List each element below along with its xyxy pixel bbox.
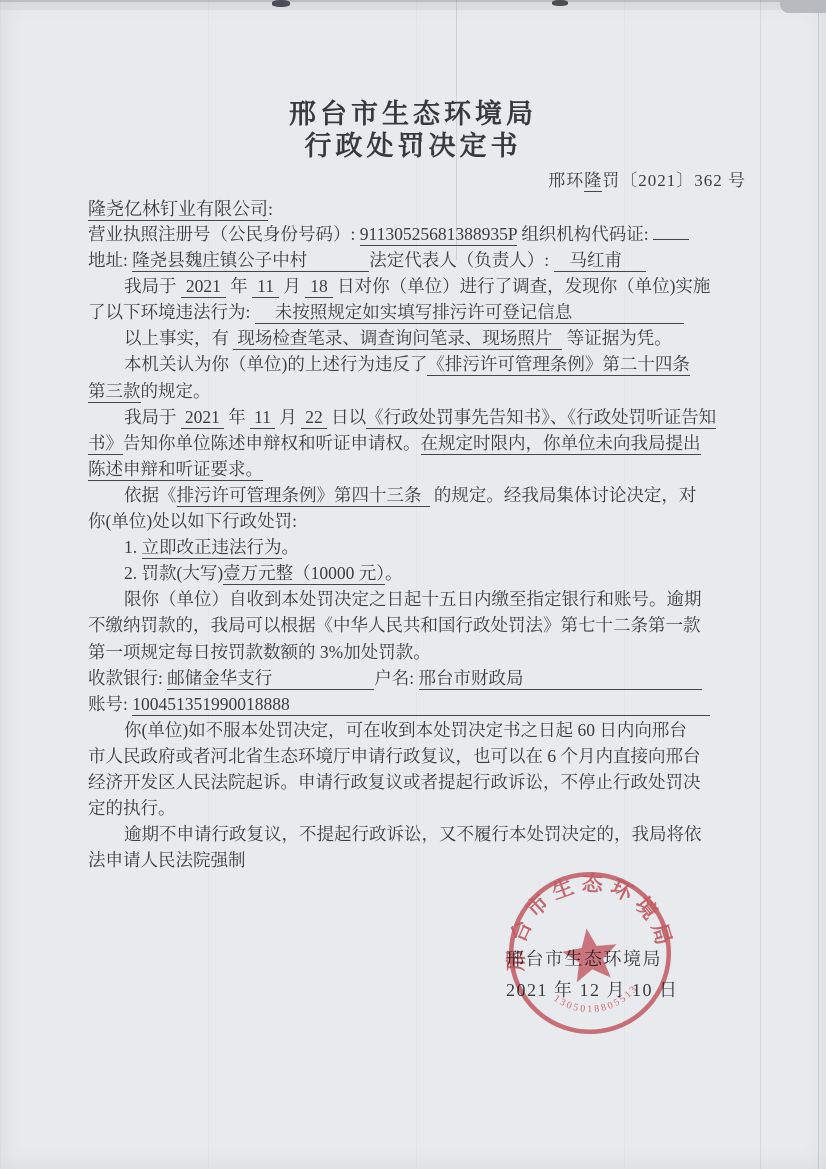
document-type-title: 行政处罚决定书	[0, 130, 826, 162]
filled-blank-text: 18	[305, 276, 333, 298]
body-line: 不缴纳罚款的，我局可以根据《中华人民共和国行政处罚法》第七十二条第一款	[88, 612, 764, 638]
text-segment: 市人民政府或者河北省生态环境厅申请行政复议，也可以在 6 个月内直接向邢台	[88, 746, 701, 766]
text-segment: 以上事实，有	[124, 328, 233, 348]
filled-blank-text: 2021	[181, 276, 226, 298]
text-segment: 第一项规定每日按罚款数额的 3%加处罚款。	[88, 642, 431, 662]
body-line: 法申请人民法院强制	[88, 847, 764, 873]
filled-blank-text	[653, 223, 689, 240]
signature-date: 2021 年 12 月 10 日	[506, 975, 679, 1006]
text-segment: 户名:	[374, 668, 418, 688]
filled-blank-text: 11	[252, 276, 279, 298]
text-segment: 限你（单位）自收到本处罚决定之日起十五日内缴至指定银行和账号。逾期	[124, 589, 702, 609]
signature-issuer: 邢台市生态环境局	[506, 944, 679, 975]
filled-blank-text: 《排污许可管理条例》第二十四条	[427, 354, 690, 376]
filled-blank-text: 隆尧亿林钉业有限公司	[88, 199, 268, 221]
text-segment: :	[268, 199, 273, 219]
text-segment: 月	[279, 276, 305, 296]
text-segment: 我局于	[124, 407, 181, 427]
text-segment: 日对你（单位）进行了调查，发现你（单位)实施	[333, 276, 711, 296]
body-line: 第三款的规定。	[88, 378, 764, 404]
text-segment: 等证据为凭。	[562, 328, 671, 348]
text-segment: 经济开发区人民法院起诉。申请行政复议或者提起行政诉讼，不停止行政处罚决	[88, 772, 701, 792]
body-line: 了以下环境违法行为: 未按照规定如实填写排污许可登记信息	[88, 299, 764, 325]
filled-blank-text: 《行政处罚事先告知书》、《行政处罚听证告知	[366, 407, 716, 429]
filled-blank-text: 壹万元整（10000 元）	[223, 563, 385, 585]
scan-corner-shadow	[780, 0, 826, 13]
text-segment: 收款银行:	[88, 668, 167, 688]
text-segment: 的规定。	[141, 381, 211, 401]
body-line: 依据《排污许可管理条例》第四十三条 的规定。经我局集体讨论决定，对	[88, 482, 764, 508]
filled-blank-text: 排污许可管理条例》第四十三条	[177, 485, 430, 507]
body-line: 你(单位)如不服本处罚决定，可在收到本处罚决定书之日起 60 日内向邢台	[88, 717, 764, 743]
body-line: 账号: 100451351990018888	[88, 691, 764, 717]
body-line: 书》告知你单位陈述申辩权和听证申请权。在规定时限内，你单位未向我局提出	[88, 430, 764, 456]
body-line: 经济开发区人民法院起诉。申请行政复议或者提起行政诉讼，不停止行政处罚决	[88, 769, 764, 795]
text-segment: 定的执行。	[88, 798, 176, 818]
text-segment: 我局于	[124, 276, 181, 296]
body-line: 我局于 2021 年 11 月 22 日以《行政处罚事先告知书》、《行政处罚听证…	[88, 404, 764, 430]
text-segment: 你(单位)如不服本处罚决定，可在收到本处罚决定书之日起 60 日内向邢台	[124, 720, 687, 740]
addressee-company: 隆尧亿林钉业有限公司:	[88, 195, 273, 221]
body-line: 收款银行: 邮储金华支行户名: 邢台市财政局	[88, 665, 764, 691]
body-line: 定的执行。	[88, 795, 764, 821]
filled-blank-text: 隆尧县魏庄镇公子中村	[132, 250, 369, 272]
filled-blank-text: 未按照规定如实填写排污许可登记信息	[255, 302, 685, 324]
text-segment: 年	[226, 276, 252, 296]
text-segment: 年	[224, 407, 250, 427]
filled-blank-text: 在规定时限内，你单位未向我局提出	[421, 433, 701, 455]
scan-artifact	[552, 0, 568, 6]
body-line: 本机关认为你（单位)的上述行为违反了《排污许可管理条例》第二十四条	[88, 351, 764, 377]
text-segment: 法申请人民法院强制	[88, 850, 246, 870]
filled-blank-text: 书》	[88, 433, 123, 455]
body-line: 2. 罚款(大写)壹万元整（10000 元）。	[88, 560, 764, 586]
body-line: 你(单位)处以如下行政处罚:	[88, 508, 764, 534]
filled-blank-text: 91130525681388935P	[360, 224, 517, 246]
filled-blank-text: 第三款	[88, 381, 141, 403]
text-segment: 营业执照注册号（公民身份号码）:	[88, 224, 360, 244]
filled-blank-text: 2021	[181, 407, 224, 429]
paper-edge-line	[818, 0, 819, 1169]
text-segment: 账号:	[88, 694, 132, 714]
filled-blank-text: 邮储金华支行	[167, 668, 374, 690]
text-segment: 你(单位)处以如下行政处罚:	[88, 511, 297, 531]
text-segment: 本机关认为你（单位)的上述行为违反了	[124, 354, 427, 374]
text-segment: 罚〔2021〕362 号	[602, 171, 746, 190]
text-segment: 组织机构代码证:	[517, 224, 653, 244]
body-line: 我局于 2021 年 11 月 18 日对你（单位）进行了调查，发现你（单位)实…	[88, 273, 764, 299]
scanned-document-page: 邢台市生态环境局 行政处罚决定书 邢环隆罚〔2021〕362 号 隆尧亿林钉业有…	[0, 0, 826, 1169]
filled-blank-text: 邢台市财政局	[419, 668, 702, 690]
body-line: 1. 立即改正违法行为。	[88, 534, 764, 560]
body-line: 市人民政府或者河北省生态环境厅申请行政复议，也可以在 6 个月内直接向邢台	[88, 743, 764, 769]
text-segment: 。	[282, 537, 300, 557]
scan-artifact	[272, 0, 290, 7]
text-segment: 依据《	[124, 485, 177, 505]
body-line: 限你（单位）自收到本处罚决定之日起十五日内缴至指定银行和账号。逾期	[88, 586, 764, 612]
text-segment: 2. 罚款(大写)	[124, 563, 223, 583]
text-segment: 告知你单位陈述申辩权和听证申请权。	[123, 433, 421, 453]
text-segment: 邢环	[548, 171, 584, 190]
text-segment: 逾期不申请行政复议，不提起行政诉讼，又不履行本处罚决定的，我局将依	[124, 824, 702, 844]
filled-blank-text: 100451351990018888	[132, 694, 710, 716]
body-line: 逾期不申请行政复议，不提起行政诉讼，又不履行本处罚决定的，我局将依	[88, 821, 764, 847]
text-segment: 不缴纳罚款的，我局可以根据《中华人民共和国行政处罚法》第七十二条第一款	[88, 615, 701, 635]
document-body: 营业执照注册号（公民身份号码）: 91130525681388935P 组织机构…	[88, 221, 764, 873]
text-segment: 月	[275, 407, 301, 427]
filled-blank-text: 隆	[584, 171, 602, 192]
filled-blank-text: 立即改正违法行为	[142, 537, 282, 559]
filled-blank-text: 22	[301, 407, 327, 429]
filled-blank-text: 现场检查笔录、调查询问笔录、现场照片	[233, 328, 562, 350]
body-line: 陈述申辩和听证要求。	[88, 456, 764, 482]
body-line: 营业执照注册号（公民身份号码）: 91130525681388935P 组织机构…	[88, 221, 764, 247]
signature-block: 邢台市生态环境局 2021 年 12 月 10 日	[506, 944, 679, 1006]
text-segment: 日以	[327, 407, 366, 427]
body-line: 以上事实，有 现场检查笔录、调查询问笔录、现场照片 等证据为凭。	[88, 325, 764, 351]
text-segment: 1.	[124, 537, 142, 557]
filled-blank-text: 11	[250, 407, 275, 429]
text-segment: 的规定。经我局集体讨论决定，对	[430, 485, 697, 505]
body-line: 第一项规定每日按罚款数额的 3%加处罚款。	[88, 639, 764, 665]
text-segment: 。	[385, 563, 403, 583]
issuer-title: 邢台市生态环境局	[0, 98, 826, 130]
filled-blank-text: 陈述申辩和听证要求。	[88, 459, 263, 481]
document-number: 邢环隆罚〔2021〕362 号	[548, 166, 746, 191]
document-title-block: 邢台市生态环境局 行政处罚决定书	[0, 98, 826, 162]
text-segment: 法定代表人（负责人）:	[369, 250, 553, 270]
text-segment: 地址:	[88, 250, 132, 270]
filled-blank-text: 马红甫	[554, 250, 647, 272]
body-line: 地址: 隆尧县魏庄镇公子中村法定代表人（负责人）: 马红甫	[88, 247, 764, 273]
text-segment: 了以下环境违法行为:	[88, 302, 255, 322]
